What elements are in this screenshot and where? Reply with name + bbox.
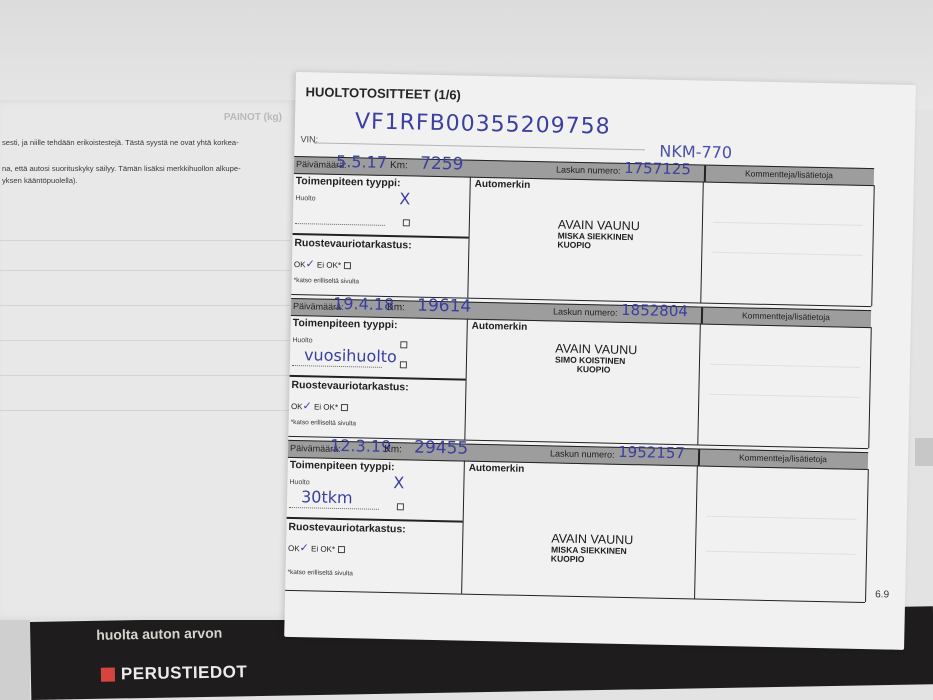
rust-note: *katso erilliseltä sivulta [294, 277, 360, 285]
service-label: Huolto [295, 195, 315, 202]
dealer-label: Automerkin [469, 463, 525, 475]
invoice-value: 1952157 [618, 443, 685, 462]
service-checkbox[interactable] [400, 341, 407, 348]
service-type-label: Toimenpiteen tyyppi: [296, 175, 401, 189]
section-label: PERUSTIEDOT [101, 662, 248, 685]
dealer-label: Automerkin [475, 179, 531, 191]
rust-ok-options: OK✓ Ei OK* [291, 399, 348, 413]
checkbox-mark: X [393, 473, 404, 492]
service-type-cell: Toimenpiteen tyyppi: Huolto X Ruostevaur… [291, 173, 470, 298]
rust-check-label: Ruostevauriotarkastus: [294, 237, 412, 251]
rust-ok-options: OK✓ Ei OK* [294, 257, 351, 271]
not-ok-checkbox[interactable] [344, 262, 351, 269]
ok-label: OK [291, 402, 303, 411]
date-value: 12.3.19 [330, 436, 391, 456]
service-written: 30tkm [301, 487, 353, 507]
not-ok-label: Ei OK* [317, 260, 341, 270]
invoice-value: 1852804 [621, 301, 688, 320]
km-label: Km: [384, 444, 402, 455]
stamp-line: KUOPIO [551, 554, 633, 565]
not-ok-label: Ei OK* [314, 402, 338, 412]
rust-check-label: Ruostevauriotarkastus: [291, 379, 409, 393]
dealer-cell: Automerkin AVAIN VAUNU MISKA SIEKKINEN K… [462, 461, 698, 599]
comments-cell [698, 324, 871, 449]
comments-cell [695, 466, 869, 603]
dealer-label: Automerkin [472, 321, 528, 333]
service-entry: Päivämäärä: 19.4.18 Km: 19614 Laskun num… [288, 298, 871, 449]
rust-ok-options: OK✓ Ei OK* [288, 541, 345, 555]
service-checkbox[interactable] [400, 361, 407, 368]
section-label-text: PERUSTIEDOT [121, 662, 248, 684]
comments-label: Kommentteja/lisätietoja [701, 310, 871, 324]
service-entry: Päivämäärä: 12.3.19 Km: 29455 Laskun num… [285, 440, 868, 603]
comments-label: Kommentteja/lisätietoja [698, 452, 868, 466]
service-written: vuosihuolto [304, 345, 397, 366]
service-label: Huolto [292, 337, 312, 344]
checkbox-mark: X [399, 189, 410, 208]
comments-label: Kommentteja/lisätietoja [704, 168, 874, 182]
ok-label: OK [288, 544, 300, 553]
not-ok-checkbox[interactable] [338, 546, 345, 553]
left-text-line: na, että autosi suorituskyky säilyy. Täm… [2, 164, 241, 173]
red-square-icon [101, 668, 115, 682]
background-strip [0, 620, 30, 700]
service-type-cell: Toimenpiteen tyyppi: Huolto vuosihuolto … [288, 315, 467, 440]
service-type-cell: Toimenpiteen tyyppi: Huolto 30tkm X Ruos… [285, 457, 465, 594]
dealer-cell: Automerkin AVAIN VAUNU MISKA SIEKKINEN K… [468, 177, 703, 303]
date-value: 19.4.18 [333, 294, 394, 314]
km-value: 29455 [414, 438, 469, 459]
not-ok-label: Ei OK* [311, 544, 335, 554]
rust-check-label: Ruostevauriotarkastus: [288, 521, 406, 535]
ok-label: OK [294, 260, 306, 269]
rust-note: *katso erilliseltä sivulta [287, 569, 353, 577]
date-value: 5.5.17 [336, 152, 387, 172]
km-label: Km: [390, 160, 408, 171]
service-checkbox[interactable] [397, 503, 404, 510]
page-title: HUOLTOTOSITTEET (1/6) [305, 84, 461, 102]
check-icon: ✓ [299, 542, 308, 554]
left-page: PAINOT (kg) sesti, ja niille tehdään eri… [0, 100, 300, 620]
page-number: 6.9 [875, 589, 889, 600]
invoice-label: Laskun numero: [550, 448, 615, 459]
service-dotted-line [289, 507, 379, 510]
service-record-page: HUOLTOTOSITTEET (1/6) VF1RFB00355209758 … [284, 72, 916, 650]
service-checkbox[interactable] [403, 219, 410, 226]
check-icon: ✓ [305, 258, 314, 270]
dealer-cell: Automerkin AVAIN VAUNU SIMO KOISTINEN KU… [465, 319, 700, 445]
invoice-value: 1757125 [624, 159, 691, 178]
dealer-stamp: AVAIN VAUNU SIMO KOISTINEN KUOPIO [555, 342, 638, 375]
km-value: 7259 [420, 154, 464, 175]
stamp-line: KUOPIO [557, 241, 639, 252]
check-icon: ✓ [302, 400, 311, 412]
km-label: Km: [387, 302, 405, 313]
dealer-stamp: AVAIN VAUNU MISKA SIEKKINEN KUOPIO [557, 219, 640, 252]
page-edge-tab [915, 438, 933, 466]
service-dotted-line [295, 223, 385, 226]
service-type-label: Toimenpiteen tyyppi: [290, 459, 395, 473]
left-text-line: sesti, ja niille tehdään erikoistestejä.… [2, 138, 239, 147]
comments-cell [701, 182, 874, 307]
vin-handwritten: VF1RFB00355209758 [355, 109, 611, 139]
km-value: 19614 [417, 296, 472, 317]
rust-note: *katso erilliseltä sivulta [291, 419, 357, 427]
ghost-heading: PAINOT (kg) [224, 112, 282, 123]
not-ok-checkbox[interactable] [341, 404, 348, 411]
dealer-stamp: AVAIN VAUNU MISKA SIEKKINEN KUOPIO [551, 532, 634, 565]
left-text-line: yksen kääntöpuolella). [2, 176, 78, 185]
invoice-label: Laskun numero: [556, 164, 621, 175]
vin-dotted-line [315, 142, 645, 150]
service-label: Huolto [289, 479, 309, 486]
brochure-text: huolta auton arvon [96, 625, 222, 643]
stamp-line: KUOPIO [555, 365, 637, 376]
service-entry: Päivämäärä: 5.5.17 Km: 7259 Laskun numer… [291, 156, 874, 307]
invoice-label: Laskun numero: [553, 306, 618, 317]
service-type-label: Toimenpiteen tyyppi: [293, 317, 398, 331]
